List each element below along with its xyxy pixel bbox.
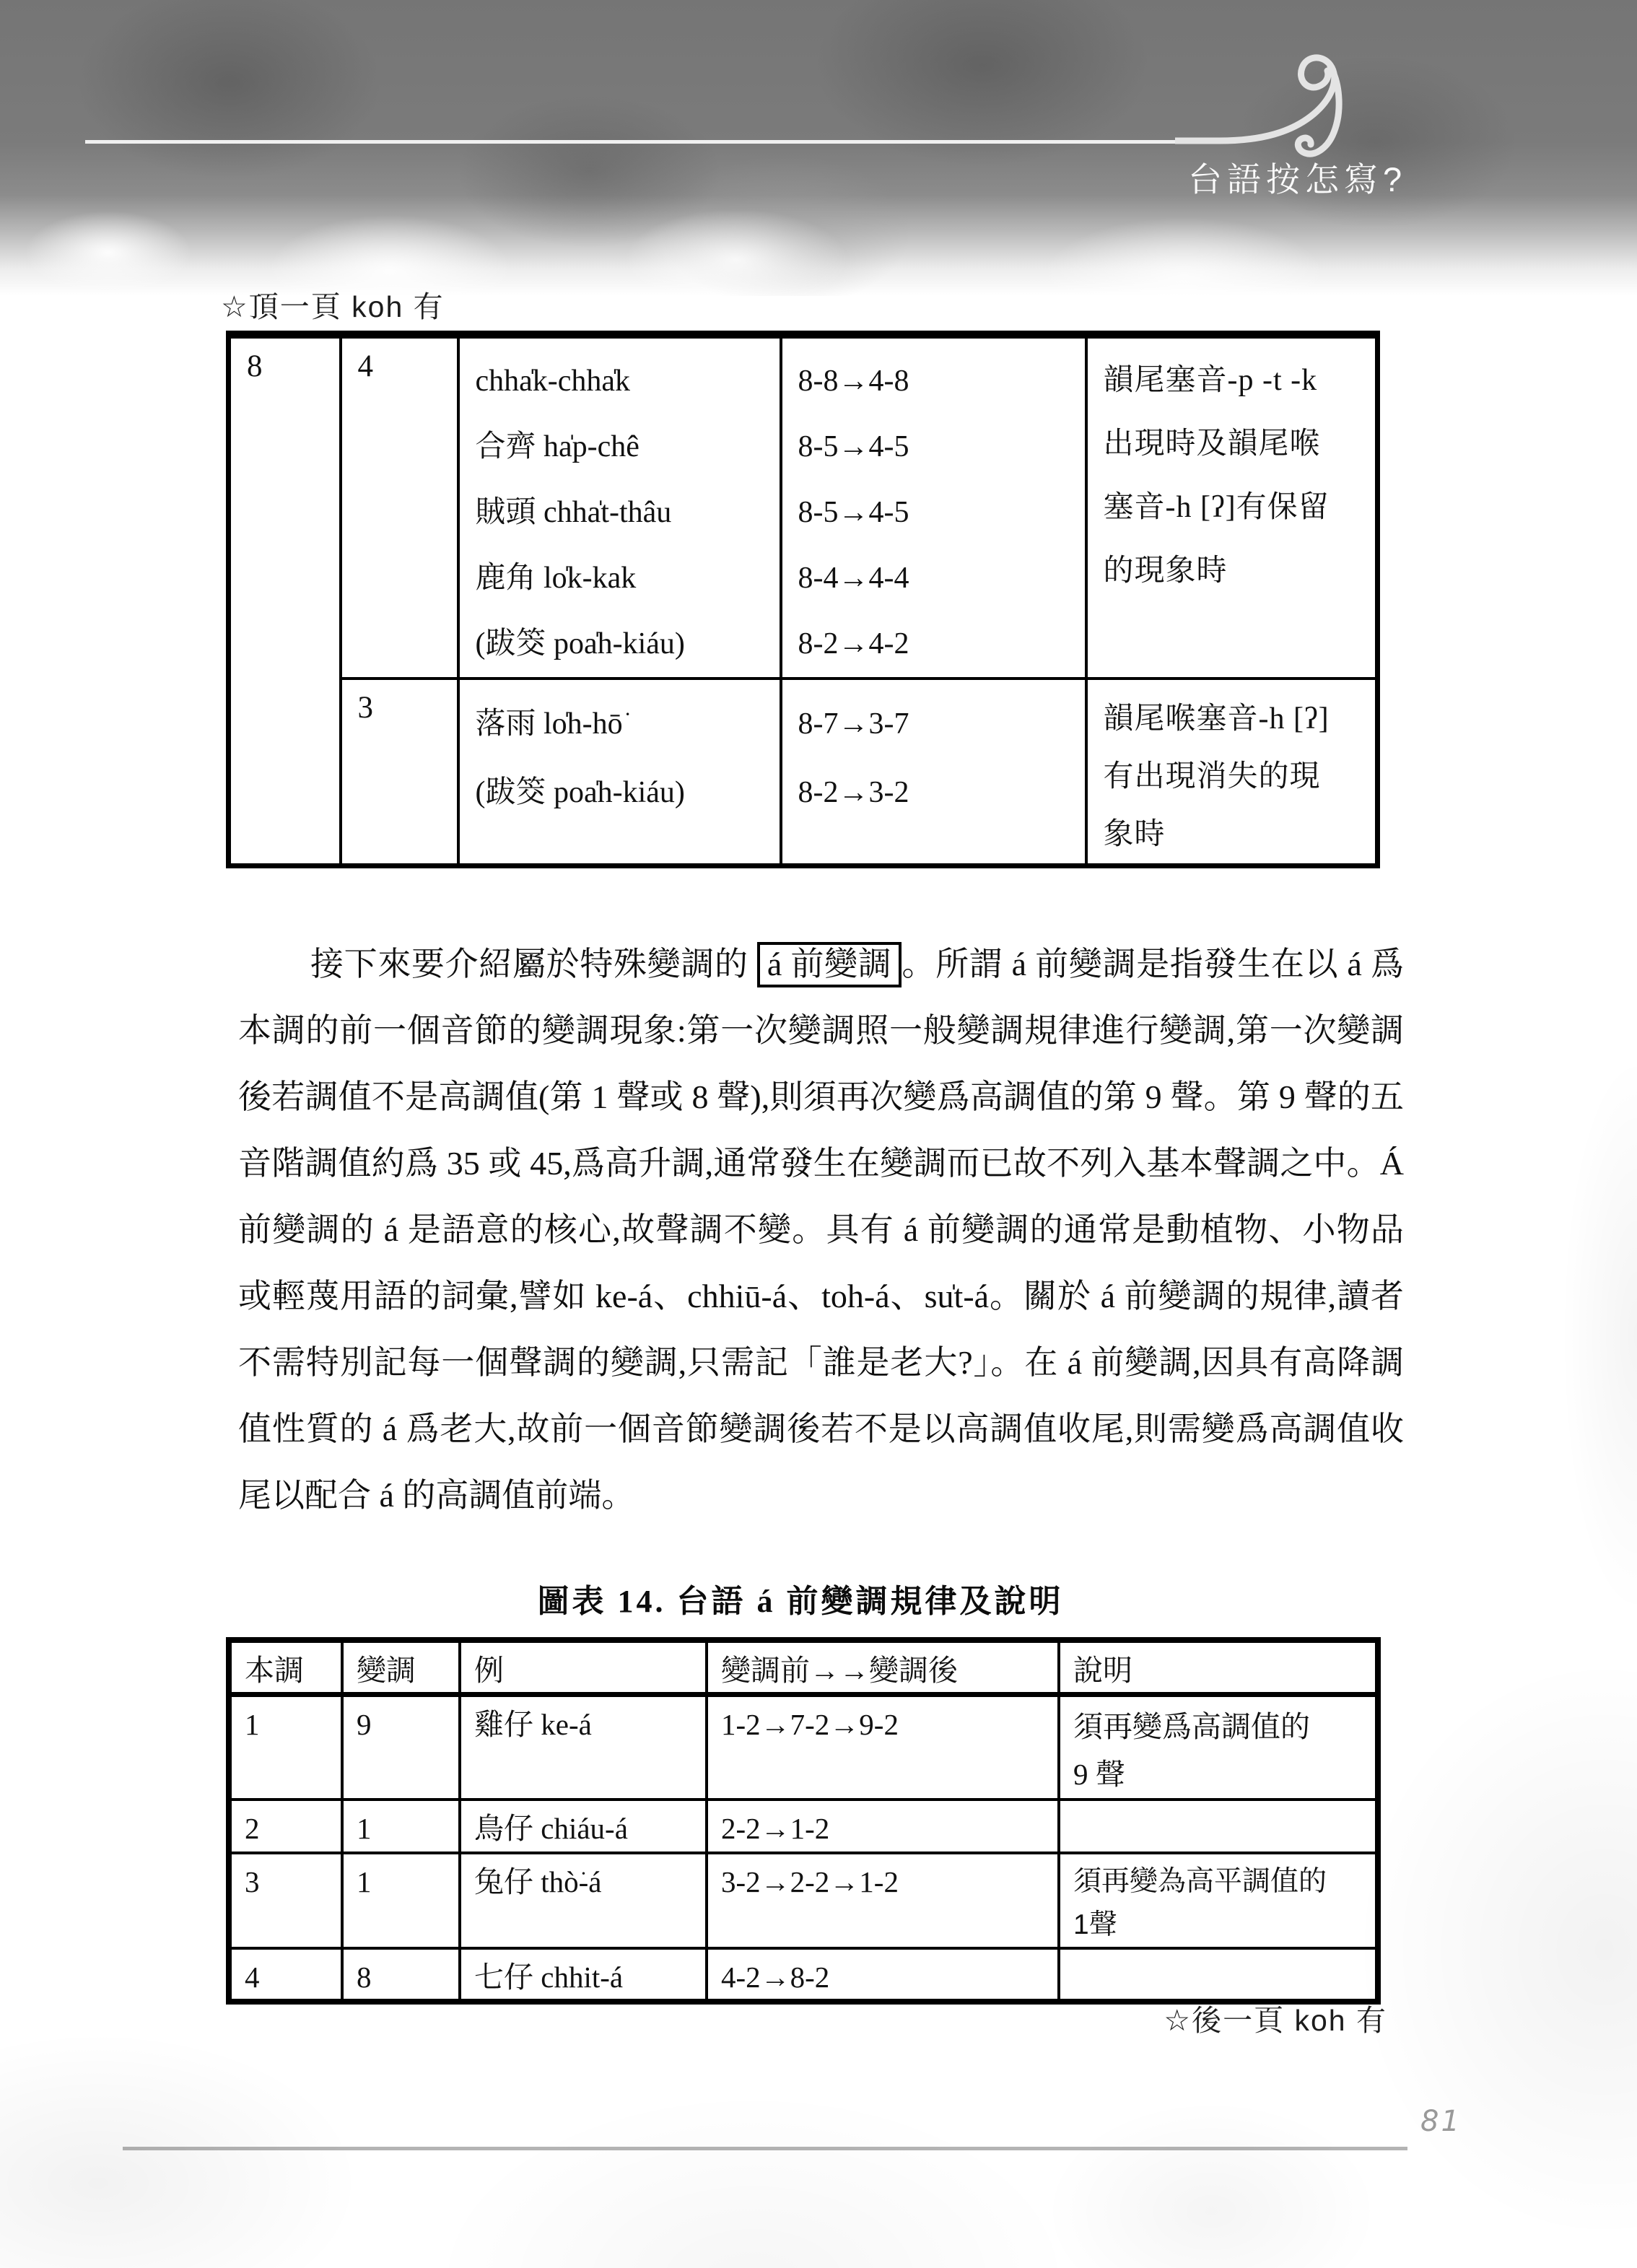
header-explanation: 說明 xyxy=(1059,1640,1378,1695)
tone-change-line: 8-2→3-2 xyxy=(798,759,1073,827)
explanation-cell: 須再變為高平調值的 1聲 xyxy=(1059,1853,1378,1948)
example-line: 合齊 ha̍p-chê xyxy=(476,414,768,480)
sandhi-tone-cell: 4 xyxy=(341,335,458,679)
tone-change-cell: 8-8→4-8 8-5→4-5 8-5→4-5 8-4→4-4 8-2→4-2 xyxy=(781,335,1086,679)
base-tone-cell: 3 xyxy=(229,1853,342,1948)
page-number: 81 xyxy=(1420,2105,1462,2138)
examples-cell: 落雨 lo̍h-hō͘ (跋筊 poa̍h-kiáu) xyxy=(458,679,781,866)
tone-change-cell: 2-2→1-2 xyxy=(707,1800,1059,1853)
explanation-cell xyxy=(1059,1800,1378,1853)
book-page: 台語按怎寫? ☆頂一頁 koh 有 8 4 chha̍k-chha̍k 合齊 h… xyxy=(0,0,1637,2268)
tone-change-line: 8-2→4-2 xyxy=(798,611,1073,677)
header-rule xyxy=(85,140,1200,144)
base-tone-cell: 1 xyxy=(229,1695,342,1800)
example-line: 賊頭 chha̍t-thâu xyxy=(476,480,768,546)
header-tone-change: 變調前→→變調後 xyxy=(707,1640,1059,1695)
body-paragraph: 接下來要介紹屬於特殊變調的 á 前變調。所謂 á 前變調是指發生在以 á 爲本調… xyxy=(238,931,1404,1529)
prev-page-note: ☆頂一頁 koh 有 xyxy=(221,283,445,326)
table-row: 8 4 chha̍k-chha̍k 合齊 ha̍p-chê 賊頭 chha̍t-… xyxy=(229,335,1378,679)
tone-change-cell: 1-2→7-2→9-2 xyxy=(707,1695,1059,1800)
tone-sandhi-table-continued: 8 4 chha̍k-chha̍k 合齊 ha̍p-chê 賊頭 chha̍t-… xyxy=(226,331,1380,868)
example-line: (跋筊 poa̍h-kiáu) xyxy=(476,759,768,827)
example-line: 落雨 lo̍h-hō͘ xyxy=(476,690,768,759)
explanation-cell: 須再變爲高調值的 9 聲 xyxy=(1059,1695,1378,1800)
example-cell: 雞仔 ke-á xyxy=(460,1695,707,1800)
a-prefix-sandhi-table: 本調 變調 例 變調前→→變調後 說明 1 9 雞仔 ke-á 1-2→7-2→… xyxy=(226,1637,1381,2005)
sandhi-tone-cell: 9 xyxy=(342,1695,460,1800)
example-cell: 兔仔 thò͘-á xyxy=(460,1853,707,1948)
header-example: 例 xyxy=(460,1640,707,1695)
paragraph-text: 接下來要介紹屬於特殊變調的 xyxy=(310,946,757,982)
explanation-cell: 韻尾塞音-p -t -k 出現時及韻尾喉 塞音-h [ʔ]有保留 的現象時 xyxy=(1086,335,1378,679)
example-line: 鹿角 lo̍k-kak xyxy=(476,546,768,611)
table-caption: 圖表 14. 台語 á 前變調規律及說明 xyxy=(226,1575,1375,1621)
base-tone-cell: 4 xyxy=(229,1948,342,2002)
book-title: 台語按怎寫? xyxy=(1188,153,1407,201)
tone-change-line: 8-8→4-8 xyxy=(798,349,1073,414)
next-page-note: ☆後一頁 koh 有 xyxy=(1164,1997,1387,2039)
boxed-term: á 前變調 xyxy=(757,942,902,987)
sandhi-tone-cell: 1 xyxy=(342,1853,460,1948)
example-cell: 七仔 chhit-á xyxy=(460,1948,707,2002)
table-row: 1 9 雞仔 ke-á 1-2→7-2→9-2 須再變爲高調值的 9 聲 xyxy=(229,1695,1378,1800)
example-line: (跋筊 poa̍h-kiáu) xyxy=(476,611,768,677)
tone-change-line: 8-4→4-4 xyxy=(798,546,1073,611)
sandhi-tone-cell: 8 xyxy=(342,1948,460,2002)
tone-change-line: 8-7→3-7 xyxy=(798,690,1073,759)
header-base-tone: 本調 xyxy=(229,1640,342,1695)
table-row: 4 8 七仔 chhit-á 4-2→8-2 xyxy=(229,1948,1378,2002)
sandhi-tone-cell: 1 xyxy=(342,1800,460,1853)
tone-change-cell: 8-7→3-7 8-2→3-2 xyxy=(781,679,1086,866)
tone-change-cell: 4-2→8-2 xyxy=(707,1948,1059,2002)
header-sandhi-tone: 變調 xyxy=(342,1640,460,1695)
explanation-cell xyxy=(1059,1948,1378,2002)
base-tone-cell: 8 xyxy=(229,335,341,866)
header-texture-band: 台語按怎寫? xyxy=(0,0,1637,296)
table-header-row: 本調 變調 例 變調前→→變調後 說明 xyxy=(229,1640,1378,1695)
sandhi-tone-value: 4 xyxy=(358,349,374,383)
explanation-cell: 韻尾喉塞音-h [ʔ] 有出現消失的現 象時 xyxy=(1086,679,1378,866)
examples-cell: chha̍k-chha̍k 合齊 ha̍p-chê 賊頭 chha̍t-thâu… xyxy=(458,335,781,679)
tone-change-line: 8-5→4-5 xyxy=(798,480,1073,546)
base-tone-cell: 2 xyxy=(229,1800,342,1853)
table-row: 2 1 鳥仔 chiáu-á 2-2→1-2 xyxy=(229,1800,1378,1853)
base-tone-value: 8 xyxy=(247,349,263,383)
paragraph-text: 。所謂 á 前變調是指發生在以 á 爲本調的前一個音節的變調現象:第一次變調照一… xyxy=(238,946,1404,1514)
table-row: 3 落雨 lo̍h-hō͘ (跋筊 poa̍h-kiáu) 8-7→3-7 8-… xyxy=(229,679,1378,866)
edge-texture xyxy=(1507,938,1637,1732)
tone-change-line: 8-5→4-5 xyxy=(798,414,1073,480)
sandhi-tone-value: 3 xyxy=(358,691,374,725)
sandhi-tone-cell: 3 xyxy=(341,679,458,866)
footer-rule xyxy=(123,2147,1407,2150)
table-row: 3 1 兔仔 thò͘-á 3-2→2-2→1-2 須再變為高平調值的 1聲 xyxy=(229,1853,1378,1948)
example-cell: 鳥仔 chiáu-á xyxy=(460,1800,707,1853)
tone-change-cell: 3-2→2-2→1-2 xyxy=(707,1853,1059,1948)
example-line: chha̍k-chha̍k xyxy=(476,349,768,414)
